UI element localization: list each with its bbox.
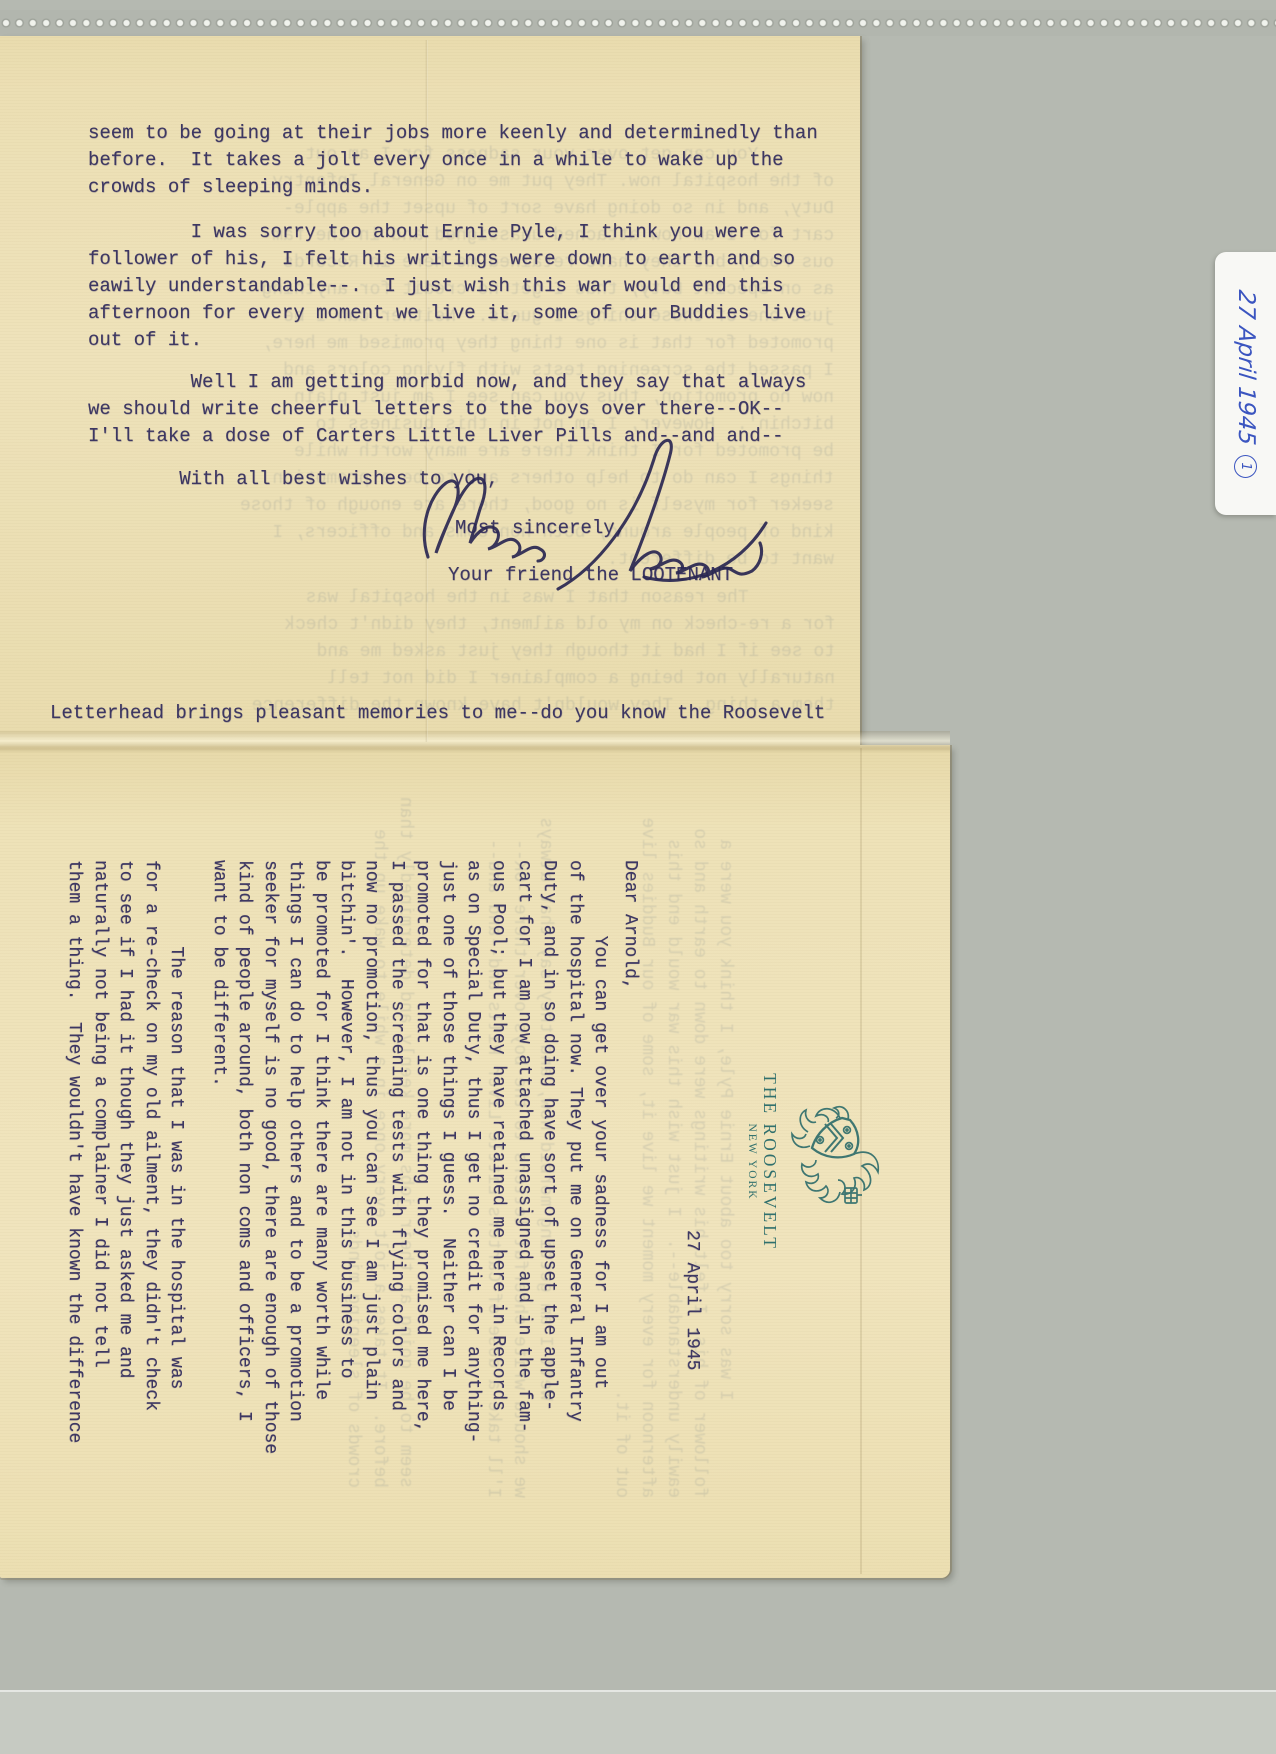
- typed-salutation: Dear Arnold,: [617, 860, 642, 990]
- rotated-page-region: The Roosevelt New York I was sorry too a…: [28, 748, 888, 1576]
- plastic-sleeve-seal-dots: [0, 10, 1276, 36]
- scanner-bed-edge: [0, 1690, 1276, 1754]
- archival-label: 27 April 1945 1: [1215, 252, 1276, 515]
- typed-paragraph: I was sorry too about Ernie Pyle, I thin…: [88, 219, 806, 354]
- typed-date: 27 April 1945: [679, 1230, 704, 1370]
- letterhead-city: New York: [746, 748, 758, 1576]
- roosevelt-crest-icon: [780, 1096, 884, 1218]
- label-date-handwriting: 27 April 1945: [1233, 288, 1259, 446]
- scan-canvas: You can get over your sadness for I am o…: [0, 0, 1276, 1754]
- typed-postscript: Letterhead brings pleasant memories to m…: [50, 700, 825, 727]
- typed-paragraph: The reason that I was in the hospital wa…: [61, 860, 188, 1443]
- typed-paragraph: seem to be going at their jobs more keen…: [88, 120, 818, 201]
- label-handwriting: 27 April 1945 1: [1220, 259, 1272, 509]
- circled-page-number: 1: [1234, 455, 1257, 478]
- typed-paragraph: You can get over your sadness for I am o…: [206, 860, 613, 1454]
- rotated-letter-page: The Roosevelt New York I was sorry too a…: [28, 748, 888, 1576]
- letterhead-hotel-name: The Roosevelt: [759, 748, 780, 1576]
- signature-script: Warren Lindquist: [408, 425, 772, 601]
